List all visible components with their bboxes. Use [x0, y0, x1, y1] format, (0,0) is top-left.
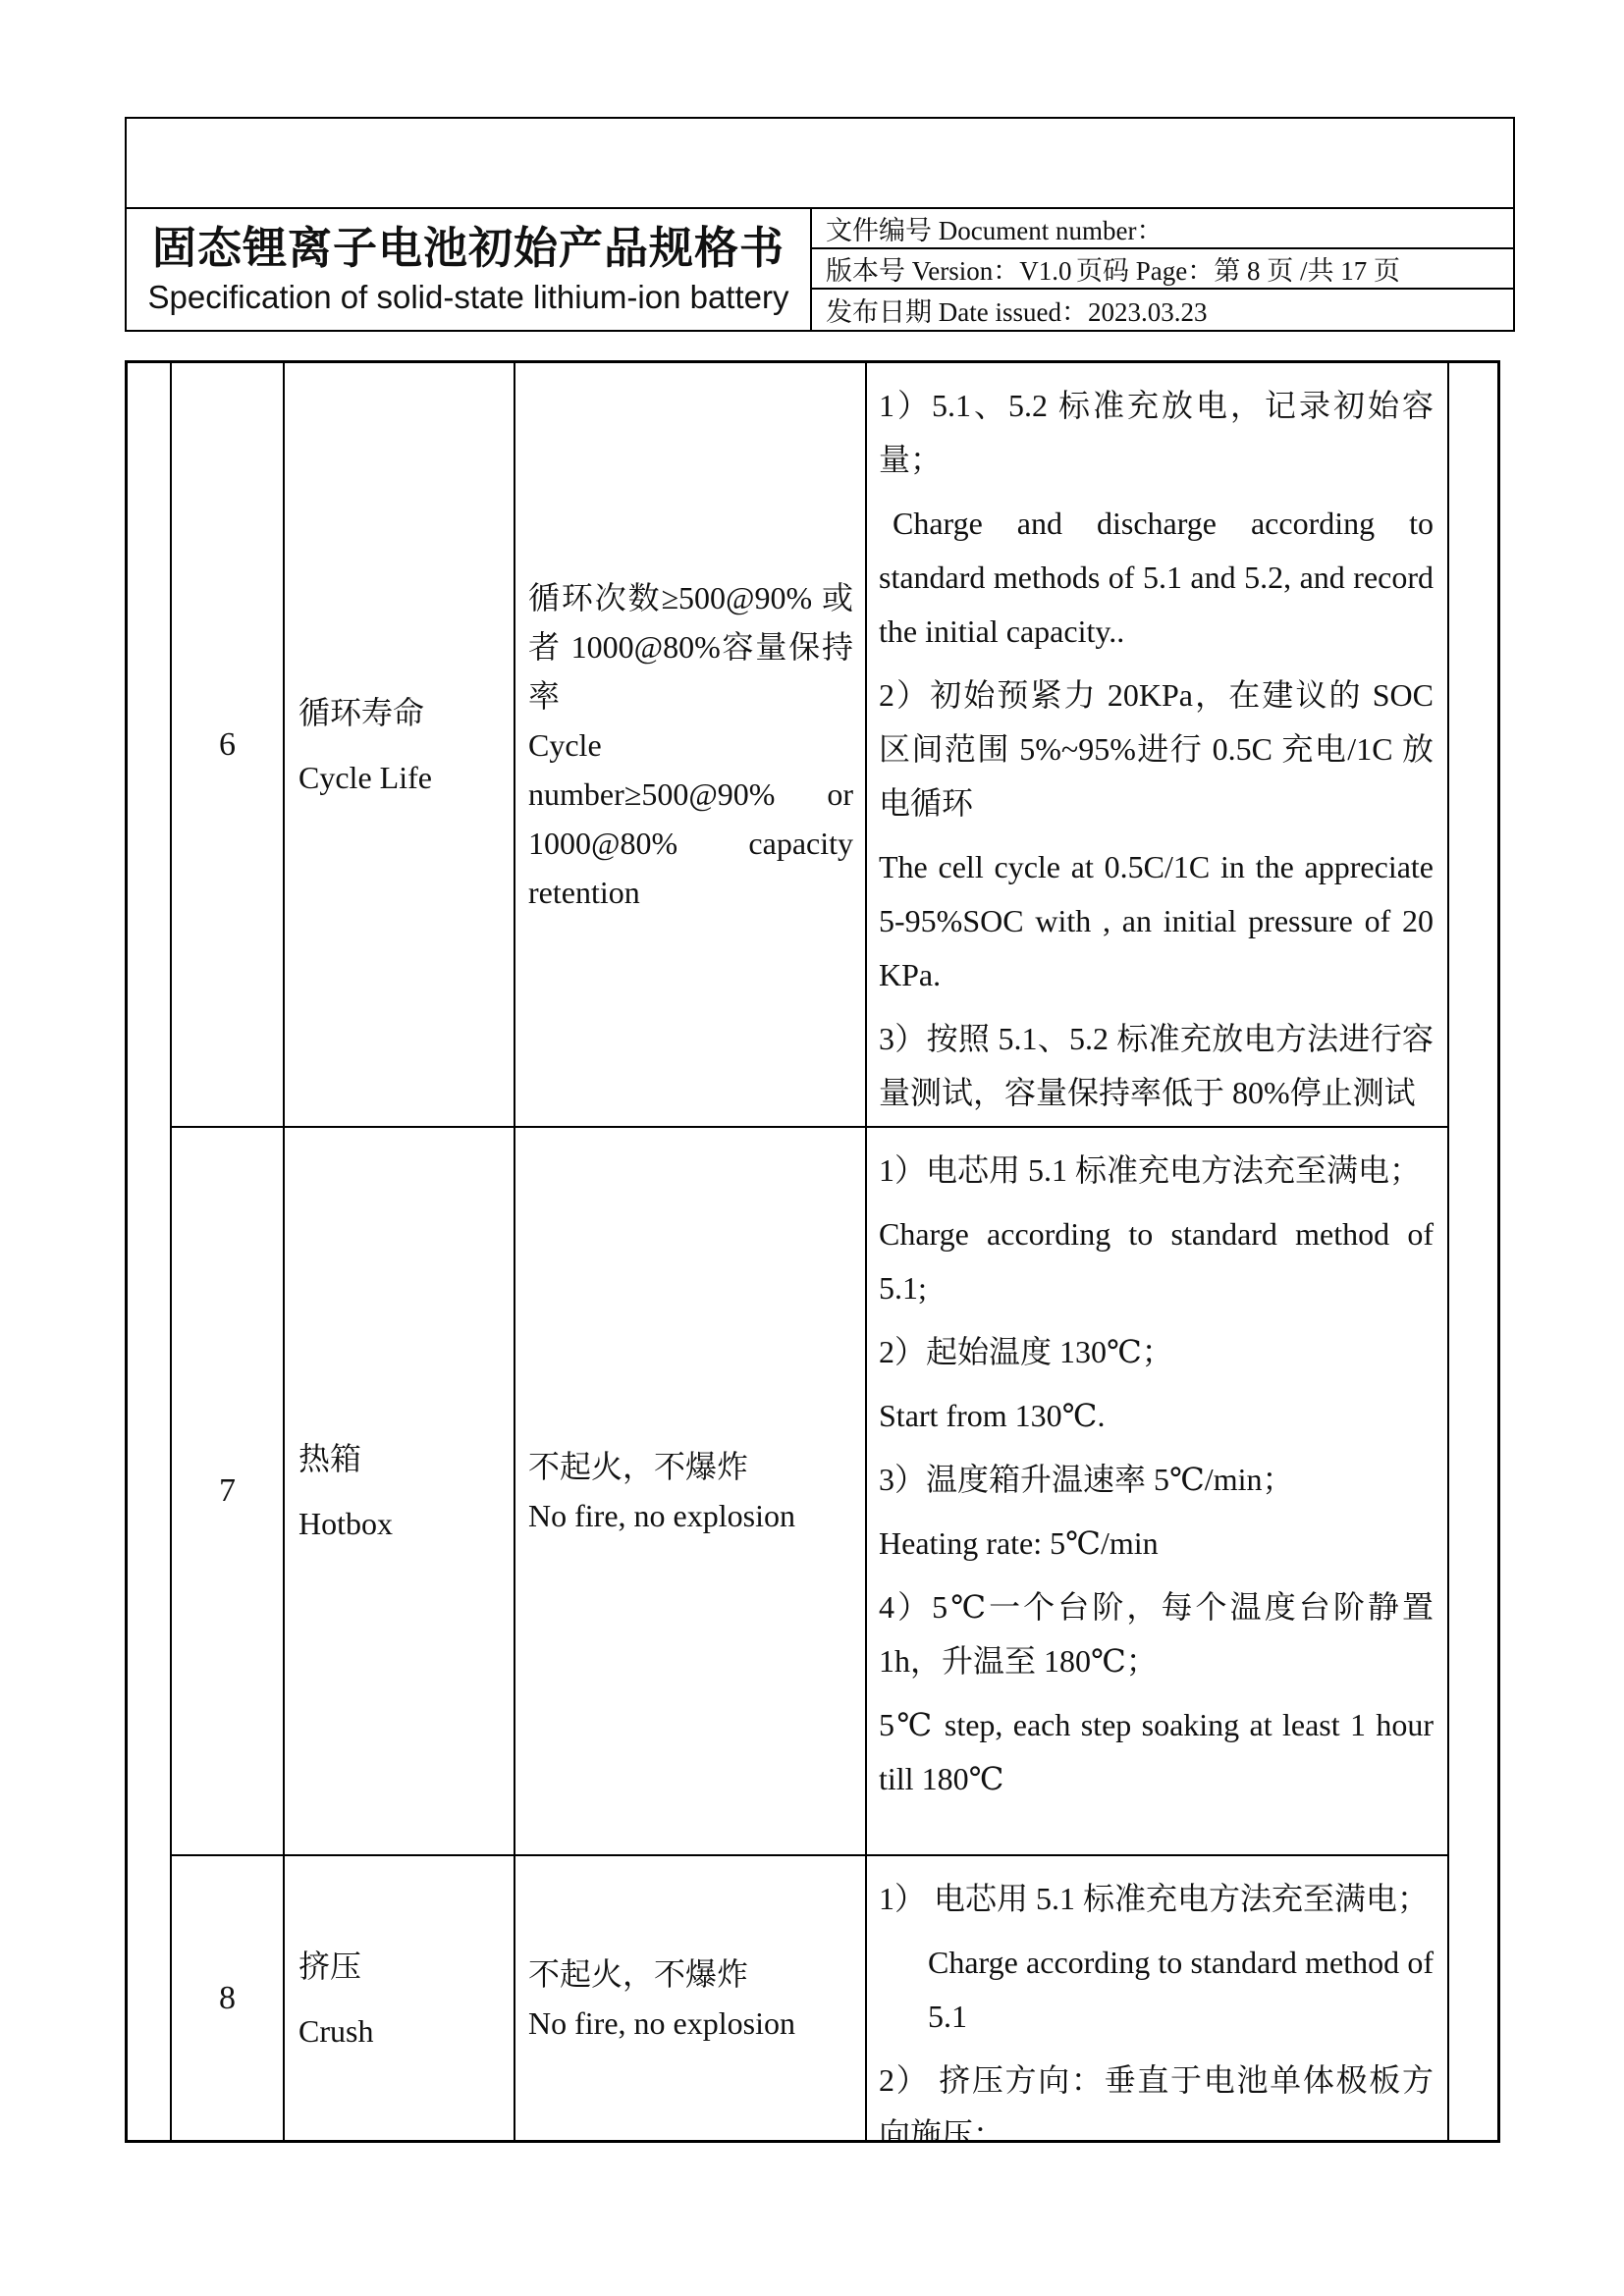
- doc-number-label: 文件编号 Document number：: [826, 209, 1163, 247]
- test-item-cell: 循环寿命Cycle Life: [285, 363, 515, 1128]
- test-item-name-cn: 热箱: [298, 1426, 514, 1491]
- criteria-paragraph: 不起火，不爆炸: [528, 1442, 853, 1491]
- method-paragraph: 3）按照 5.1、5.2 标准充放电方法进行容量测试，容量保持率低于 80%停止…: [879, 1012, 1434, 1120]
- date-issued-label: 发布日期 Date issued：2023.03.23: [826, 291, 1207, 329]
- method-paragraph: 1）电芯用 5.1 标准充电方法充至满电；: [879, 1144, 1434, 1198]
- table-left-margin-cell: [128, 363, 172, 2140]
- test-item-cell: 热箱Hotbox: [285, 1128, 515, 1856]
- method-paragraph: 1）5.1、5.2 标准充放电，记录初始容量；: [879, 379, 1434, 487]
- version-page-row: 版本号 Version：V1.0 页码 Page：第 8 页 /共 17 页: [812, 249, 1513, 290]
- test-item-name-en: Hotbox: [298, 1491, 514, 1556]
- document-page: 固态锂离子电池初始产品规格书 Specification of solid-st…: [0, 0, 1624, 2296]
- criteria-paragraph: 循环次数≥500@90% 或者 1000@80%容量保持率: [528, 573, 853, 721]
- page-number-label: 页码 Page：第 8 页 /共 17 页: [1076, 249, 1400, 288]
- top-blank-box: [125, 117, 1515, 209]
- criteria-cell: 不起火，不爆炸No fire, no explosion: [515, 1856, 867, 2140]
- method-paragraph: 1） 电芯用 5.1 标准充电方法充至满电；: [879, 1872, 1434, 1926]
- doc-number-row: 文件编号 Document number：: [812, 209, 1513, 249]
- test-item-name-cn: 挤压: [298, 1934, 514, 1999]
- criteria-cell: 循环次数≥500@90% 或者 1000@80%容量保持率Cycle numbe…: [515, 363, 867, 1128]
- document-header: 固态锂离子电池初始产品规格书 Specification of solid-st…: [125, 207, 1515, 332]
- version-label: 版本号 Version：V1.0: [826, 249, 1076, 288]
- criteria-paragraph: Cycle number≥500@90% or 1000@80% capacit…: [528, 721, 853, 917]
- method-paragraph: 2）起始温度 130℃；: [879, 1325, 1434, 1379]
- criteria-cell: 不起火，不爆炸No fire, no explosion: [515, 1128, 867, 1856]
- row-number-cell: 8: [172, 1856, 285, 2140]
- row-number-cell: 6: [172, 363, 285, 1128]
- table-right-margin-cell: [1447, 363, 1497, 2140]
- method-paragraph: Start from 130℃.: [879, 1389, 1434, 1443]
- method-paragraph: The cell cycle at 0.5C/1C in the appreci…: [879, 840, 1434, 1002]
- method-paragraph: Charge according to standard method of 5…: [879, 1936, 1434, 2044]
- test-method-cell: 1） 电芯用 5.1 标准充电方法充至满电；Charge according t…: [867, 1856, 1447, 2140]
- test-item-name-en: Crush: [298, 1999, 514, 2063]
- row-number: 7: [219, 1472, 236, 1510]
- method-paragraph: Charge and discharge according to standa…: [879, 497, 1434, 659]
- spec-table: 6循环寿命Cycle Life循环次数≥500@90% 或者 1000@80%容…: [125, 360, 1500, 2143]
- row-number: 6: [219, 726, 236, 764]
- test-item-name-cn: 循环寿命: [298, 680, 514, 745]
- test-item-name-en: Cycle Life: [298, 745, 514, 810]
- row-number-cell: 7: [172, 1128, 285, 1856]
- method-paragraph: Heating rate: 5℃/min: [879, 1517, 1434, 1571]
- document-title-cn: 固态锂离子电池初始产品规格书: [152, 223, 785, 274]
- method-paragraph: 2） 挤压方向：垂直于电池单体极板方向施压；: [879, 2054, 1434, 2140]
- method-paragraph: Charge according to standard method of 5…: [879, 1207, 1434, 1315]
- criteria-paragraph: No fire, no explosion: [528, 1491, 853, 1540]
- row-number: 8: [219, 1980, 236, 2017]
- method-paragraph: 3）温度箱升温速率 5℃/min；: [879, 1453, 1434, 1507]
- test-method-cell: 1）5.1、5.2 标准充放电，记录初始容量；Charge and discha…: [867, 363, 1447, 1128]
- method-paragraph: 2）初始预紧力 20KPa，在建议的 SOC 区间范围 5%~95%进行 0.5…: [879, 668, 1434, 830]
- title-block: 固态锂离子电池初始产品规格书 Specification of solid-st…: [127, 209, 812, 330]
- date-issued-row: 发布日期 Date issued：2023.03.23: [812, 290, 1513, 330]
- document-title-en: Specification of solid-state lithium-ion…: [148, 279, 789, 316]
- test-item-cell: 挤压Crush: [285, 1856, 515, 2140]
- criteria-paragraph: No fire, no explosion: [528, 1999, 853, 2048]
- method-paragraph: 5℃ step, each step soaking at least 1 ho…: [879, 1698, 1434, 1806]
- method-paragraph: 4）5℃一个台阶，每个温度台阶静置 1h，升温至 180℃；: [879, 1580, 1434, 1688]
- criteria-paragraph: 不起火，不爆炸: [528, 1949, 853, 1999]
- document-info-panel: 文件编号 Document number： 版本号 Version：V1.0 页…: [812, 209, 1513, 330]
- test-method-cell: 1）电芯用 5.1 标准充电方法充至满电；Charge according to…: [867, 1128, 1447, 1856]
